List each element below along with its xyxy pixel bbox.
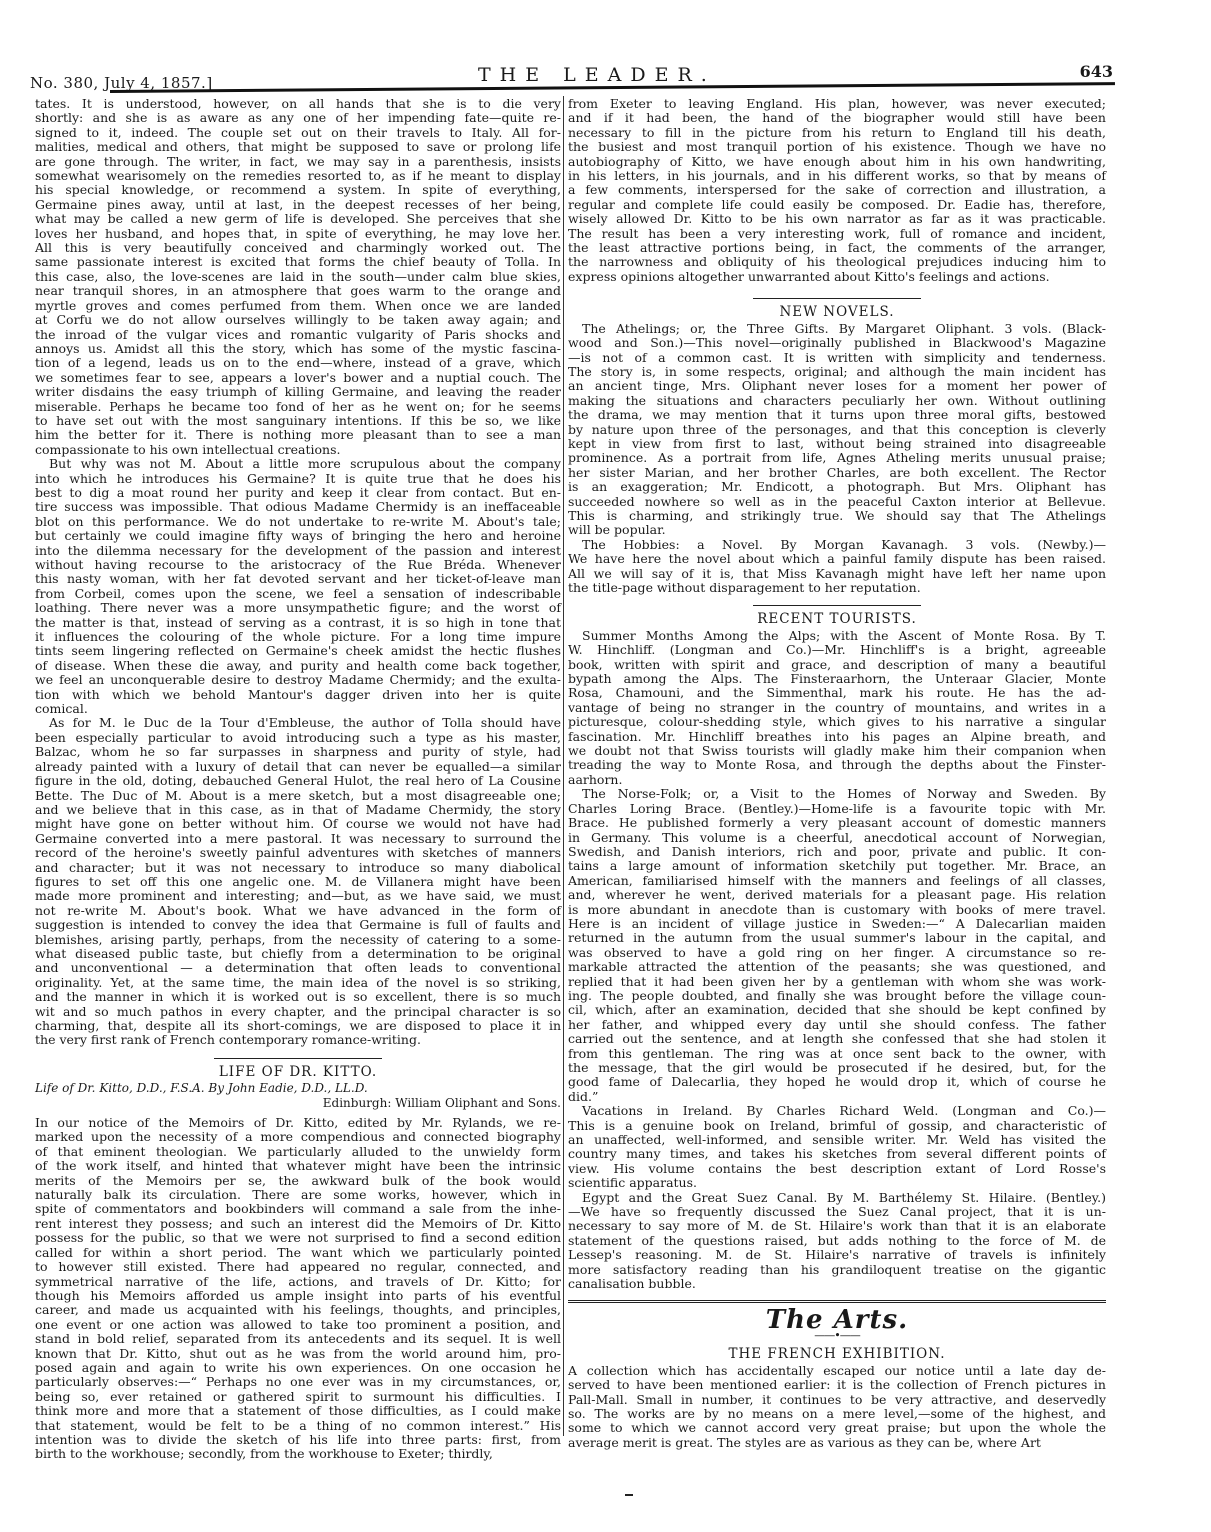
- text-line: the matter is that, instead of serving a…: [35, 616, 561, 630]
- text-line: aarhorn.: [568, 773, 1106, 787]
- text-line: this nasty woman, with her fat devoted s…: [35, 572, 561, 586]
- french-exhibition-text: A collection which has accidentally esca…: [568, 1364, 1106, 1450]
- text-line: The Hobbies: a Novel. By Morgan Kavanagh…: [568, 538, 1106, 552]
- text-line: more satisfactory reading than his grand…: [568, 1263, 1106, 1277]
- athelings-review: The Athelings; or, the Three Gifts. By M…: [568, 322, 1106, 538]
- left-column: tates. It is understood, however, on all…: [35, 97, 561, 1462]
- text-line: into the dilemma necessary for the devel…: [35, 544, 561, 558]
- text-line: signed to it, indeed. The couple set out…: [35, 126, 561, 140]
- text-line: in his letters, in his journals, and in …: [568, 169, 1106, 183]
- arts-section-title: The Arts.: [568, 1313, 1106, 1327]
- text-line: will be popular.: [568, 523, 1106, 537]
- text-line: and we believe that in this case, as in …: [35, 803, 561, 817]
- text-line: American, familiarised himself with the …: [568, 874, 1106, 888]
- text-line: good fame of Dalecarlia, they hoped he w…: [568, 1075, 1106, 1089]
- text-line: Balzac, whom he so far surpasses in shar…: [35, 745, 561, 759]
- text-line: blot on this performance. We do not unde…: [35, 515, 561, 529]
- text-line: Brace. He published formerly a very plea…: [568, 816, 1106, 830]
- text-line: Lessep's reasoning. M. de St. Hilaire's …: [568, 1248, 1106, 1262]
- text-line: Summer Months Among the Alps; with the A…: [568, 629, 1106, 643]
- text-line: This is charming, and strikingly true. W…: [568, 509, 1106, 523]
- text-line: figure in the old, doting, debauched Gen…: [35, 774, 561, 788]
- text-line: into which he introduces his Germaine? I…: [35, 472, 561, 486]
- text-line: tints seem lingering reflected on Germai…: [35, 644, 561, 658]
- text-line: originality. Yet, at the same time, the …: [35, 976, 561, 990]
- text-line: kept in view from first to last, without…: [568, 437, 1106, 451]
- about-paragraph: But why was not M. About a little more s…: [35, 457, 561, 716]
- text-line: charming, that, despite all its short-co…: [35, 1019, 561, 1033]
- text-line: the busiest and most tranquil portion of…: [568, 140, 1106, 154]
- text-line: might have gone on better without him. O…: [35, 817, 561, 831]
- text-line: of disease. When these die away, and pur…: [35, 659, 561, 673]
- text-line: vantage of being no stranger in the coun…: [568, 701, 1106, 715]
- text-line: without having recourse to the aristocra…: [35, 558, 561, 572]
- text-line: The result has been a very interesting w…: [568, 227, 1106, 241]
- text-line: Vacations in Ireland. By Charles Richard…: [568, 1104, 1106, 1118]
- text-line: served to have been mentioned earlier: i…: [568, 1378, 1106, 1392]
- recent-tourists-heading: RECENT TOURISTS.: [568, 612, 1106, 626]
- kitto-byline: Life of Dr. Kitto, D.D., F.S.A. By John …: [35, 1081, 561, 1095]
- text-line: Swedish, and Danish interiors, rich and …: [568, 845, 1106, 859]
- text-line: annoys us. Amidst all this the story, wh…: [35, 342, 561, 356]
- text-line: of the work itself, and hinted that what…: [35, 1159, 561, 1173]
- text-line: already painted with a luxury of detail …: [35, 760, 561, 774]
- norse-review: The Norse-Folk; or, a Visit to the Homes…: [568, 787, 1106, 1104]
- text-line: loathing. There never was a more unsympa…: [35, 601, 561, 615]
- text-line: Germaine pines away, until at last, in t…: [35, 198, 561, 212]
- text-line: best to dig a moat round her purity and …: [35, 486, 561, 500]
- text-line: suggestion is intended to convey the ide…: [35, 918, 561, 932]
- text-line: merits of the Memoirs per se, the awkwar…: [35, 1174, 561, 1188]
- text-line: country many times, and takes his sketch…: [568, 1147, 1106, 1161]
- text-line: spite of commentators and bookbinders wi…: [35, 1202, 561, 1216]
- kitto-publisher: Edinburgh: William Oliphant and Sons.: [35, 1096, 561, 1110]
- text-line: view. His volume contains the best descr…: [568, 1162, 1106, 1176]
- text-line: and, wherever he went, derived materials…: [568, 888, 1106, 902]
- text-line: treading the way to Monte Rosa, and thro…: [568, 758, 1106, 772]
- text-line: so. The works are by no means on a mere …: [568, 1407, 1106, 1421]
- column-divider: [563, 96, 564, 1436]
- text-line: malities, medical and others, that might…: [35, 140, 561, 154]
- text-line: ing. The people doubted, and finally she…: [568, 989, 1106, 1003]
- text-line: posed again and again to write his own e…: [35, 1361, 561, 1375]
- text-line: fascination. Mr. Hinchliff breathes into…: [568, 730, 1106, 744]
- text-line: returned in the autumn from the usual su…: [568, 931, 1106, 945]
- text-line: comical.: [35, 702, 561, 716]
- text-line: But why was not M. About a little more s…: [35, 457, 561, 471]
- text-line: from Corbeil, comes upon the scene, we f…: [35, 587, 561, 601]
- text-line: wood and Son.)—This novel—originally pub…: [568, 336, 1106, 350]
- text-line: Egypt and the Great Suez Canal. By M. Ba…: [568, 1191, 1106, 1205]
- tolla-review: tates. It is understood, however, on all…: [35, 97, 561, 457]
- text-line: did.”: [568, 1090, 1106, 1104]
- text-line: the inroad of the vulgar vices and roman…: [35, 328, 561, 342]
- text-line: All this is very beautifully conceived a…: [35, 241, 561, 255]
- text-line: naturally balk its circulation. There ar…: [35, 1188, 561, 1202]
- text-line: known that Dr. Kitto, shut out as he was…: [35, 1347, 561, 1361]
- text-line: making the situations and characters pec…: [568, 394, 1106, 408]
- text-line: compassionate to his own intellectual cr…: [35, 443, 561, 457]
- text-line: by nature upon three of the personages, …: [568, 423, 1106, 437]
- text-line: called for within a short period. The wa…: [35, 1246, 561, 1260]
- text-line: her father, and whipped every day until …: [568, 1018, 1106, 1032]
- text-line: from Exeter to leaving England. His plan…: [568, 97, 1106, 111]
- page-mark: [625, 1494, 633, 1496]
- text-line: but certainly we could imagine fifty way…: [35, 529, 561, 543]
- text-line: —We have so frequently discussed the Sue…: [568, 1205, 1106, 1219]
- text-line: markable attracted the attention of the …: [568, 960, 1106, 974]
- text-line: from this gentleman. The ring was at onc…: [568, 1047, 1106, 1061]
- text-line: wisely allowed Dr. Kitto to be his own n…: [568, 212, 1106, 226]
- text-line: what diseased public taste, but chiefly …: [35, 947, 561, 961]
- text-line: are gone through. The writer, in fact, w…: [35, 155, 561, 169]
- newspaper-title: THE LEADER.: [478, 64, 716, 86]
- text-line: the message, that the girl would be pros…: [568, 1061, 1106, 1075]
- text-line: being so, ever retained or gathered spir…: [35, 1390, 561, 1404]
- new-novels-heading: NEW NOVELS.: [568, 305, 1106, 319]
- text-line: W. Hinchliff. (Longman and Co.)—Mr. Hinc…: [568, 643, 1106, 657]
- text-line: tire success was impossible. That odious…: [35, 500, 561, 514]
- text-line: canalisation bubble.: [568, 1277, 1106, 1291]
- text-line: A collection which has accidentally esca…: [568, 1364, 1106, 1378]
- text-line: bypath among the Alps. The Finsteraarhor…: [568, 672, 1106, 686]
- text-line: statement of the questions raised, but a…: [568, 1234, 1106, 1248]
- kitto-review: In our notice of the Memoirs of Dr. Kitt…: [35, 1116, 561, 1462]
- text-line: prominence. As a portrait from life, Agn…: [568, 451, 1106, 465]
- text-line: scientific apparatus.: [568, 1176, 1106, 1190]
- text-line: career, and made us acquainted with his …: [35, 1303, 561, 1317]
- text-line: symmetrical narrative of the life, actio…: [35, 1275, 561, 1289]
- text-line: this case, also, the love-scenes are lai…: [35, 270, 561, 284]
- hobbies-review: The Hobbies: a Novel. By Morgan Kavanagh…: [568, 538, 1106, 596]
- text-line: As for M. le Duc de la Tour d'Embleuse, …: [35, 716, 561, 730]
- text-line: necessary to say more of M. de St. Hilai…: [568, 1219, 1106, 1233]
- text-line: picturesque, colour-shedding style, whic…: [568, 715, 1106, 729]
- text-line: Here is an incident of village justice i…: [568, 917, 1106, 931]
- text-line: the title-page without disparagement to …: [568, 581, 1106, 595]
- alps-review: Summer Months Among the Alps; with the A…: [568, 629, 1106, 787]
- text-line: blemishes, arising partly, perhaps, from…: [35, 933, 561, 947]
- text-line: is an exaggeration; Mr. Endicott, a phot…: [568, 480, 1106, 494]
- text-line: —is not of a common cast. It is written …: [568, 351, 1106, 365]
- text-line: Charles Loring Brace. (Bentley.)—Home-li…: [568, 802, 1106, 816]
- kitto-heading: LIFE OF DR. KITTO.: [35, 1065, 561, 1079]
- text-line: a few comments, interspersed for the sak…: [568, 183, 1106, 197]
- text-line: not re-write M. About's book. What we ha…: [35, 904, 561, 918]
- suez-review: Egypt and the Great Suez Canal. By M. Ba…: [568, 1191, 1106, 1292]
- page-number: 643: [1080, 62, 1113, 81]
- text-line: intention was to divide the sketch of hi…: [35, 1433, 561, 1447]
- text-line: his special knowledge, or recommend a sy…: [35, 183, 561, 197]
- text-line: tates. It is understood, however, on all…: [35, 97, 561, 111]
- text-line: stand in bold relief, separated from its…: [35, 1332, 561, 1346]
- text-line: some to which we cannot accord very grea…: [568, 1421, 1106, 1435]
- text-line: The Norse-Folk; or, a Visit to the Homes…: [568, 787, 1106, 801]
- text-line: shortly: and she is as aware as any one …: [35, 111, 561, 125]
- text-line: miserable. Perhaps he became too fond of…: [35, 400, 561, 414]
- text-line: we doubt not that Swiss tourists will gl…: [568, 744, 1106, 758]
- text-line: the least attractive portions being, in …: [568, 241, 1106, 255]
- text-line: in Germany. This volume is a cheerful, a…: [568, 831, 1106, 845]
- text-line: Rosa, Chamouni, and the Simmenthal, mark…: [568, 686, 1106, 700]
- text-line: record of the heroine's sweetly painful …: [35, 846, 561, 860]
- text-line: and the manner in which it is worked out…: [35, 990, 561, 1004]
- kitto-continued: from Exeter to leaving England. His plan…: [568, 97, 1106, 284]
- section-rule: [753, 605, 921, 606]
- text-line: we feel an unconquerable desire to destr…: [35, 673, 561, 687]
- duc-paragraph: As for M. le Duc de la Tour d'Embleuse, …: [35, 716, 561, 1047]
- text-line: an unaffected, well-informed, and sensib…: [568, 1133, 1106, 1147]
- text-line: particularly observes:—“ Perhaps no one …: [35, 1375, 561, 1389]
- text-line: Bette. The Duc of M. About is a mere ske…: [35, 789, 561, 803]
- text-line: same passionate interest is excited that…: [35, 255, 561, 269]
- text-line: and unconventional — a determination tha…: [35, 961, 561, 975]
- text-line: This is a genuine book on Ireland, brimf…: [568, 1119, 1106, 1133]
- text-line: what may be called a new germ of life is…: [35, 212, 561, 226]
- text-line: Germaine converted into a mere pastoral.…: [35, 832, 561, 846]
- text-line: replied that it had been given her by a …: [568, 975, 1106, 989]
- text-line: All we will say of it is, that Miss Kava…: [568, 567, 1106, 581]
- text-line: myrtle groves and comes perfumed from th…: [35, 299, 561, 313]
- ireland-review: Vacations in Ireland. By Charles Richard…: [568, 1104, 1106, 1190]
- text-line: tion of a legend, leads us on to the end…: [35, 356, 561, 370]
- text-line: tion with which we behold Mantour's dagg…: [35, 688, 561, 702]
- text-line: succeeded nowhere so well as in the peac…: [568, 495, 1106, 509]
- text-line: wit and so much pathos in every chapter,…: [35, 1005, 561, 1019]
- text-line: Pall-Mall. Small in number, it continues…: [568, 1393, 1106, 1407]
- text-line: We have here the novel about which a pai…: [568, 552, 1106, 566]
- ornament-divider: ——•——: [568, 1329, 1106, 1343]
- text-line: of that eminent theologian. We particula…: [35, 1145, 561, 1159]
- text-line: to however still existed. There had appe…: [35, 1260, 561, 1274]
- section-rule: [753, 298, 921, 299]
- text-line: the drama, we may mention that it turns …: [568, 408, 1106, 422]
- text-line: book, written with spirit and grace, and…: [568, 658, 1106, 672]
- arts-rule: [568, 1300, 1106, 1303]
- text-line: necessary to fill in the picture from hi…: [568, 126, 1106, 140]
- masthead: No. 380, July 4, 1857.] THE LEADER. 643: [30, 62, 1115, 98]
- section-rule: [214, 1058, 382, 1059]
- text-line: to have set out with the most sanguinary…: [35, 414, 561, 428]
- text-line: autobiography of Kitto, we have enough a…: [568, 155, 1106, 169]
- text-line: the narrowness and obliquity of his theo…: [568, 255, 1106, 269]
- right-column: from Exeter to leaving England. His plan…: [568, 97, 1106, 1450]
- text-line: average merit is great. The styles are a…: [568, 1436, 1106, 1450]
- text-line: an ancient tinge, Mrs. Oliphant never lo…: [568, 379, 1106, 393]
- text-line: express opinions altogether unwarranted …: [568, 270, 1106, 284]
- text-line: tains a large amount of information sket…: [568, 859, 1106, 873]
- text-line: made more prominent and interesting; and…: [35, 889, 561, 903]
- text-line: that statement, would be felt to be a th…: [35, 1419, 561, 1433]
- text-line: one event or one action was allowed to t…: [35, 1318, 561, 1332]
- text-line: and if it had been, the hand of the biog…: [568, 111, 1106, 125]
- text-line: possess for the public, so that we were …: [35, 1231, 561, 1245]
- text-line: marked upon the necessity of a more comp…: [35, 1130, 561, 1144]
- text-line: is more abundant in anecdote than is cus…: [568, 903, 1106, 917]
- text-line: him the better for it. There is nothing …: [35, 428, 561, 442]
- text-line: figures to set off this one angelic one.…: [35, 875, 561, 889]
- text-line: carried out the sentence, and at length …: [568, 1032, 1106, 1046]
- text-line: we sometimes fear to see, appears a love…: [35, 371, 561, 385]
- text-line: and character; but it was not necessary …: [35, 861, 561, 875]
- text-line: rent interest they possess; and such an …: [35, 1217, 561, 1231]
- french-exhibition-heading: THE FRENCH EXHIBITION.: [568, 1347, 1106, 1361]
- text-line: though his Memoirs afforded us ample ins…: [35, 1289, 561, 1303]
- text-line: In our notice of the Memoirs of Dr. Kitt…: [35, 1116, 561, 1130]
- text-line: birth to the workhouse; secondly, from t…: [35, 1447, 561, 1461]
- text-line: The story is, in some respects, original…: [568, 365, 1106, 379]
- text-line: it influences the colouring of the whole…: [35, 630, 561, 644]
- text-line: her sister Marian, and her brother Charl…: [568, 466, 1106, 480]
- text-line: cil, which, after an examination, decide…: [568, 1003, 1106, 1017]
- text-line: been especially particular to avoid intr…: [35, 731, 561, 745]
- text-line: writer disdains the easy triumph of kill…: [35, 385, 561, 399]
- text-line: The Athelings; or, the Three Gifts. By M…: [568, 322, 1106, 336]
- text-line: regular and complete life could easily b…: [568, 198, 1106, 212]
- text-line: somewhat wearisomely on the remedies res…: [35, 169, 561, 183]
- text-line: was observed to have a gold ring on her …: [568, 946, 1106, 960]
- text-line: near tranquil shores, in an atmosphere t…: [35, 284, 561, 298]
- text-line: the very first rank of French contempora…: [35, 1033, 561, 1047]
- text-line: at Corfu we do not allow ourselves willi…: [35, 313, 561, 327]
- text-line: think more and more that a statement of …: [35, 1404, 561, 1418]
- text-line: loves her husband, and hopes that, in sp…: [35, 227, 561, 241]
